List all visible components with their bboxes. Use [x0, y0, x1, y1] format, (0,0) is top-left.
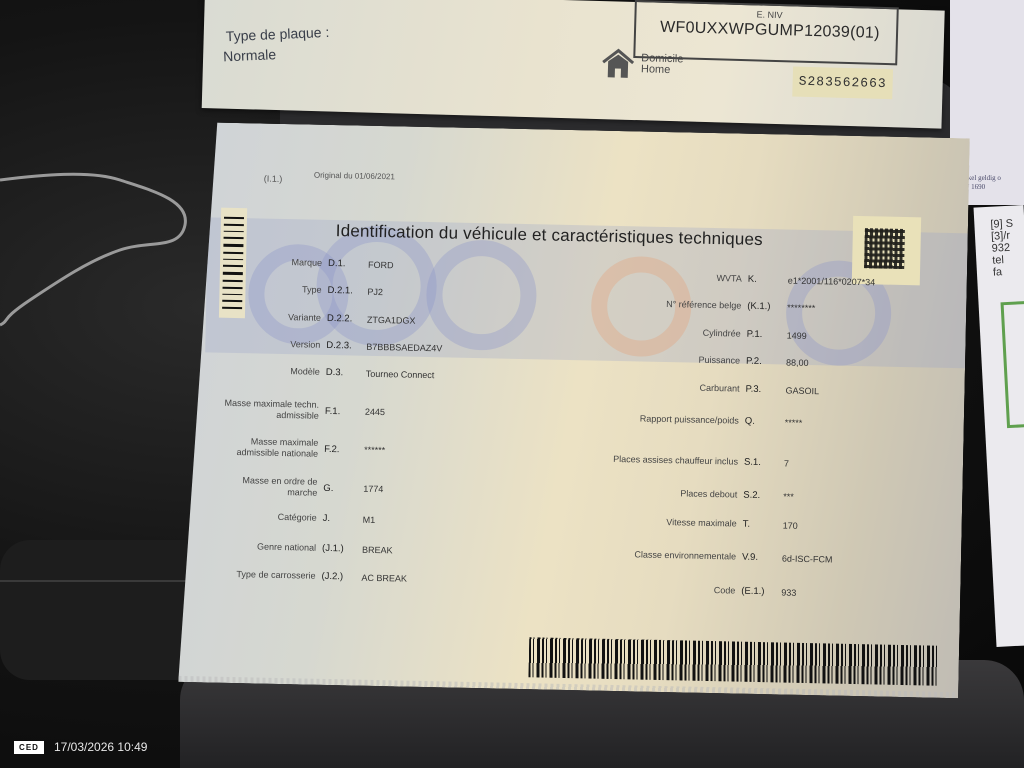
- field-label: Classe environnementale: [586, 548, 742, 562]
- field-label: Places assises chauffeur inclus: [588, 453, 744, 467]
- field-value: FORD: [368, 259, 394, 270]
- cable-wire: [0, 170, 200, 330]
- field-code: S.1.: [744, 457, 784, 469]
- field-code: F.2.: [324, 443, 364, 455]
- field-value: Tourneo Connect: [366, 368, 435, 379]
- field-row: Masse en ordre de marcheG.1774: [212, 475, 383, 501]
- field-code: P.2.: [746, 356, 786, 368]
- field-row: Masse maximale techn. admissibleF.1.2445: [214, 398, 385, 424]
- field-label: Code: [585, 582, 741, 596]
- field-value: ***: [783, 491, 794, 501]
- field-code: D.3.: [326, 367, 366, 379]
- field-label: Version: [215, 338, 326, 351]
- field-value: 7: [784, 458, 789, 468]
- vin-value: WF0UXXWPGUMP12039(01): [660, 19, 880, 43]
- home-block: Domicile Home: [601, 47, 684, 81]
- field-value: 1774: [363, 484, 383, 494]
- field-value: ZTGA1DGX: [367, 314, 416, 325]
- field-code: D.2.2.: [327, 313, 367, 325]
- field-row: Vitesse maximaleT.170: [587, 515, 798, 530]
- field-value: B7BBBSAEDAZ4V: [366, 341, 442, 353]
- field-code: F.1.: [325, 405, 365, 417]
- field-row: Places assises chauffeur inclusS.1.7: [588, 453, 789, 468]
- house-icon: [601, 47, 636, 80]
- field-label: Variante: [216, 311, 327, 324]
- field-code: S.2.: [743, 490, 783, 502]
- field-row: Rapport puissance/poidsQ.*****: [589, 412, 803, 427]
- vehicle-identification-card: (I.1.) Original du 01/06/2021 Identifica…: [178, 122, 970, 698]
- field-label: Masse maximale techn. admissible: [214, 398, 325, 422]
- field-row: Genre national(J.1.)BREAK: [211, 541, 393, 556]
- field-code: G.: [323, 482, 363, 494]
- field-code: Q.: [745, 416, 785, 428]
- field-label: Modèle: [215, 365, 326, 378]
- field-value: BREAK: [362, 544, 393, 555]
- field-code: (E.1.): [741, 586, 781, 598]
- field-value: *****: [785, 417, 803, 427]
- document-serial: S283562663: [792, 66, 893, 99]
- field-label: Marque: [217, 256, 328, 269]
- field-row: Masse maximale admissible nationaleF.2.*…: [213, 436, 385, 462]
- field-value: ********: [787, 302, 815, 313]
- field-value: PJ2: [367, 286, 383, 296]
- field-code: V.9.: [742, 552, 782, 564]
- field-code: K.: [748, 274, 788, 286]
- field-label: Genre national: [211, 541, 322, 554]
- field-value: AC BREAK: [361, 572, 407, 583]
- field-code: D.2.3.: [326, 340, 366, 352]
- capture-timestamp: 17/03/2026 10:49: [54, 740, 147, 754]
- field-code: (J.1.): [322, 543, 362, 555]
- field-label: Catégorie: [212, 511, 323, 524]
- field-value: 933: [781, 587, 796, 597]
- field-label: Carburant: [589, 380, 745, 394]
- field-value: 1499: [787, 330, 807, 340]
- original-date: Original du 01/06/2021: [314, 171, 395, 182]
- home-label-en: Home: [641, 64, 683, 76]
- fragment-line: [9] S: [990, 218, 1013, 231]
- watermark-footer: CED 17/03/2026 10:49: [14, 740, 147, 754]
- field-code: P.3.: [745, 384, 785, 396]
- field-row: CarburantP.3.GASOIL: [589, 380, 819, 396]
- field-row: Code(E.1.)933: [585, 582, 796, 597]
- field-value: 2445: [365, 407, 385, 417]
- horizontal-barcode: [528, 637, 939, 686]
- field-value: 6d-ISC-FCM: [782, 553, 833, 564]
- field-value: ******: [364, 445, 385, 455]
- field-label: Vitesse maximale: [587, 515, 743, 529]
- registration-top-section: Type de plaque : Normale E. NIV WF0UXXWP…: [202, 0, 945, 129]
- ced-logo: CED: [14, 741, 44, 754]
- field-label: Masse en ordre de marche: [212, 475, 323, 499]
- receipt-fragment: [9] S [3]/r 932 tel fa: [990, 218, 1016, 279]
- field-code: D.1.: [328, 258, 368, 270]
- field-value: M1: [363, 514, 376, 524]
- field-row: Places deboutS.2.***: [587, 486, 794, 501]
- vin-label: E. NIV: [756, 9, 782, 20]
- field-code: (J.2.): [321, 571, 361, 583]
- field-row: CatégorieJ.M1: [212, 511, 376, 525]
- field-row: Classe environnementaleV.9.6d-ISC-FCM: [586, 548, 833, 564]
- field-code: J.: [323, 513, 363, 525]
- field-row: Type de carrosserie(J.2.)AC BREAK: [210, 569, 407, 584]
- field-code: P.1.: [747, 329, 787, 341]
- field-value: 88,00: [786, 357, 809, 367]
- field-row: ModèleD.3.Tourneo Connect: [215, 365, 435, 381]
- field-code: T.: [743, 519, 783, 531]
- field-label: Type de carrosserie: [210, 569, 321, 582]
- certificate-ref: (I.1.): [264, 174, 283, 184]
- field-value: GASOIL: [785, 385, 819, 396]
- field-label: Puissance: [590, 352, 746, 366]
- field-label: Masse maximale admissible nationale: [213, 436, 324, 460]
- datamatrix-code: [852, 216, 921, 285]
- green-frame: [1001, 300, 1024, 428]
- field-code: (K.1.): [747, 301, 787, 313]
- plate-type-value: Normale: [223, 46, 277, 64]
- fragment-line: fa: [993, 266, 1016, 279]
- field-label: Places debout: [587, 486, 743, 500]
- right-paper-receipt: [9] S [3]/r 932 tel fa: [974, 205, 1024, 647]
- field-label: Type: [216, 283, 327, 296]
- plate-type-label: Type de plaque :: [226, 24, 330, 44]
- field-label: Rapport puissance/poids: [589, 412, 745, 426]
- field-value: 170: [783, 520, 798, 530]
- field-code: D.2.1.: [327, 285, 367, 297]
- field-value: e1*2001/116*0207*34: [788, 275, 876, 287]
